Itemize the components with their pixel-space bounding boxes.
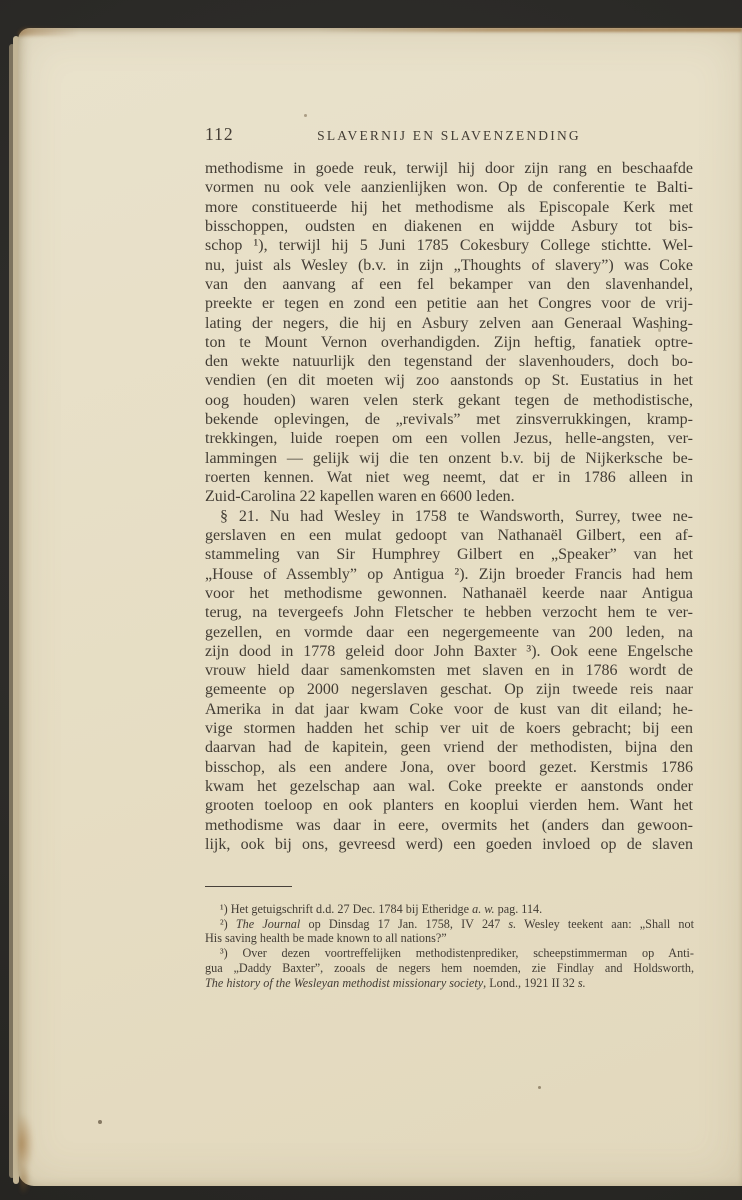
text-line: bisschoppen, oudsten en diakenen en wijd… (205, 217, 693, 236)
text-line: Zuid-Carolina 22 kapellen waren en 6600 … (205, 487, 693, 506)
footnote-text: , Lond., 1921 II 32 (483, 976, 578, 990)
text-line: Amerika in dat jaar kwam Coke voor de ku… (205, 700, 693, 719)
footnote-line: The history of the Wesleyan methodist mi… (205, 976, 694, 991)
footnote-citation: The history of the Wesleyan methodist mi… (205, 976, 483, 990)
text-line: terug, na tevergeefs John Fletscher te h… (205, 603, 693, 622)
footnote-text: pag. 114. (495, 902, 543, 916)
text-line: more constitueerde hij het methodisme al… (205, 198, 693, 217)
paper-speck (538, 1086, 541, 1089)
footnote-1: ¹) Het getuigschrift d.d. 27 Dec. 1784 b… (205, 902, 694, 917)
text-line: schop ¹), terwijl hij 5 Juni 1785 Cokesb… (205, 236, 693, 255)
text-line: kwam het gezelschap aan wal. Coke preekt… (205, 777, 693, 796)
text-line: lijk, ook bij ons, gevreesd werd) een go… (205, 835, 693, 854)
footnote-citation: s. (578, 976, 586, 990)
text-line: van den aanvang af een fel bekamper van … (205, 275, 693, 294)
footnote-text: ¹) Het getuigschrift d.d. 27 Dec. 1784 b… (220, 902, 472, 916)
footnote-line: gua „Daddy Baxter”, zooals de negers hem… (205, 961, 694, 976)
text-line: lammingen — gelijk wij die ten onzent b.… (205, 449, 693, 468)
footnote-text: gua „Daddy Baxter”, zooals de negers hem… (205, 961, 694, 975)
footnote-3: ³) Over dezen voortreffelijken methodist… (205, 946, 694, 990)
text-line: gemeente op 2000 negerslaven geschat. Op… (205, 680, 693, 699)
footnote-2: ²) The Journal op Dinsdag 17 Jan. 1758, … (205, 917, 694, 946)
book-page: 112 SLAVERNIJ EN SLAVENZENDING methodism… (18, 28, 742, 1186)
footnote-text: His saving health be made known to all n… (205, 931, 447, 945)
text-line: methodisme was daar in eere, overmits he… (205, 816, 693, 835)
text-line: den wekte natuurlijk den tegenstand der … (205, 352, 693, 371)
footnote-text: Wesley teekent aan: „Shall not (516, 917, 694, 931)
footnote-citation: a. w. (472, 902, 494, 916)
text-line: bisschop, als een andere Jona, over boor… (205, 758, 693, 777)
page-header: 112 SLAVERNIJ EN SLAVENZENDING (205, 122, 693, 144)
paper-stain (20, 1163, 31, 1195)
footnote-line: His saving health be made known to all n… (205, 931, 694, 946)
footnote-separator (205, 886, 292, 887)
text-line: lating der negers, die hij en Asbury zel… (205, 314, 693, 333)
footnote-text: op Dinsdag 17 Jan. 1758, IV 247 (300, 917, 508, 931)
text-line: preekte er tegen en zond een petitie aan… (205, 294, 693, 313)
running-title: SLAVERNIJ EN SLAVENZENDING (205, 129, 693, 143)
footnotes: ¹) Het getuigschrift d.d. 27 Dec. 1784 b… (205, 902, 694, 990)
text-line: bekende oplevingen, de „revivals” met zi… (205, 410, 693, 429)
paragraph: § 21. Nu had Wesley in 1758 te Wandswort… (205, 507, 693, 855)
scan-background: 112 SLAVERNIJ EN SLAVENZENDING methodism… (0, 0, 742, 1200)
text-line: daarvan had de kapitein, geen vriend der… (205, 738, 693, 757)
text-line: grooten toeloop en ook planters en koopl… (205, 796, 693, 815)
foxing-stain (18, 28, 78, 36)
text-line: vendien (en dit moeten wij zoo aanstonds… (205, 371, 693, 390)
text-line: voor het methodisme gewonnen. Nathanaël … (205, 584, 693, 603)
text-line: vige stormen hadden het schip ver uit de… (205, 719, 693, 738)
footnote-text: ³) Over dezen voortreffelijken methodist… (220, 946, 694, 960)
text-line: roerten kennen. Wat niet weg neemt, dat … (205, 468, 693, 487)
body-text: methodisme in goede reuk, terwijl hij do… (205, 159, 693, 854)
paper-speck (98, 1120, 102, 1124)
text-line: nu, juist als Wesley (b.v. in zijn „Thou… (205, 256, 693, 275)
text-line: stammeling van Sir Humphrey Gilbert en „… (205, 545, 693, 564)
text-line: „House of Assembly” op Antigua ²). Zijn … (205, 565, 693, 584)
text-line: ton te Mount Vernon overhandigden. Zijn … (205, 333, 693, 352)
footnote-text: ²) (220, 917, 236, 931)
footnote-line: ²) The Journal op Dinsdag 17 Jan. 1758, … (205, 917, 694, 932)
text-line: methodisme in goede reuk, terwijl hij do… (205, 159, 693, 178)
paper-speck (304, 114, 307, 117)
text-line: zijn dood in 1778 geleid door John Baxte… (205, 642, 693, 661)
foxing-stain (318, 28, 742, 32)
text-line: trekkingen, luide roepen om een vollen J… (205, 429, 693, 448)
footnote-line: ³) Over dezen voortreffelijken methodist… (205, 946, 694, 961)
text-line-section-21: § 21. Nu had Wesley in 1758 te Wandswort… (205, 507, 693, 526)
text-line: vormen nu ook vele aanzienlijken won. Op… (205, 178, 693, 197)
text-line: vrouw hield daar samenkomsten met slaven… (205, 661, 693, 680)
paragraph: methodisme in goede reuk, terwijl hij do… (205, 159, 693, 507)
text-line: oog houden) waren velen sterk gekant teg… (205, 391, 693, 410)
footnote-line: ¹) Het getuigschrift d.d. 27 Dec. 1784 b… (205, 902, 694, 917)
text-line: gerslaven en een mulat gedoopt van Natha… (205, 526, 693, 545)
text-line: gezellen, en vormde daar een negergemeen… (205, 623, 693, 642)
footnote-citation: The Journal (236, 917, 300, 931)
paper-speck (658, 328, 661, 332)
